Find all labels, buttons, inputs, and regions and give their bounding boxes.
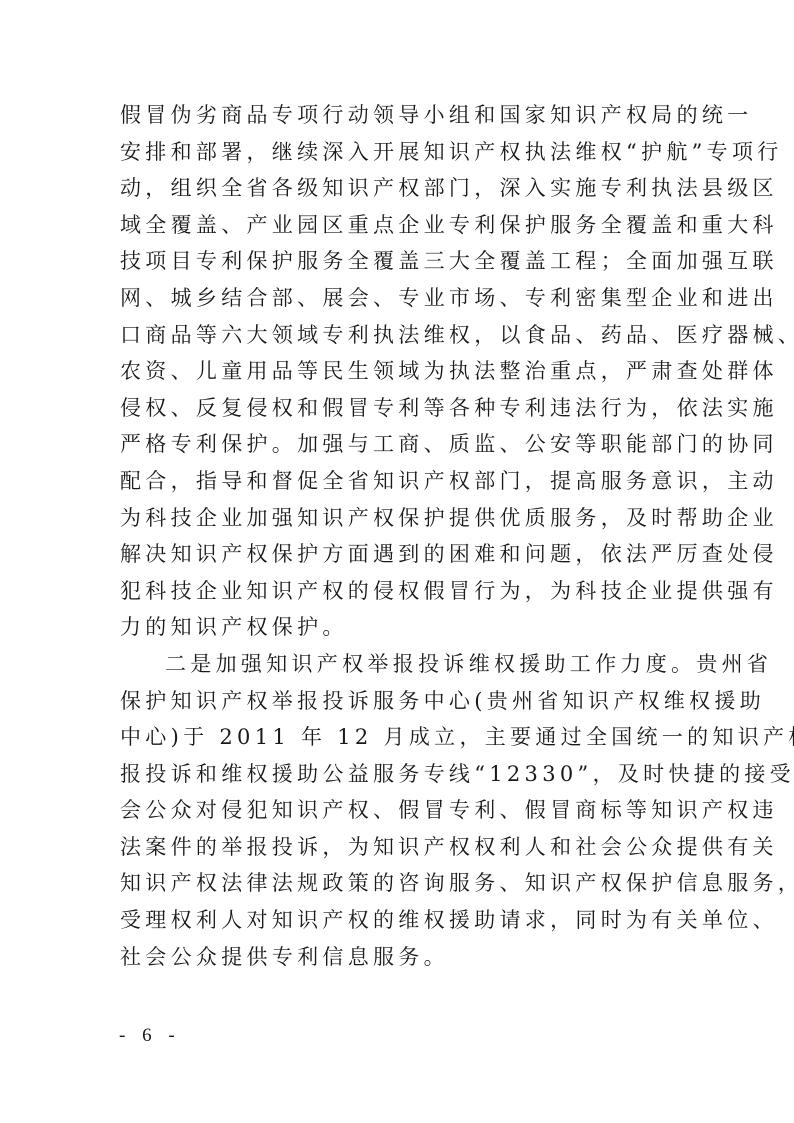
text-line: 会公众对侵犯知识产权、假冒专利、假冒商标等知识产权违 (120, 792, 682, 829)
document-page: 假冒伪劣商品专项行动领导小组和国家知识产权局的统一 安排和部署，继续深入开展知识… (0, 0, 794, 1123)
text-line: 保护知识产权举报投诉服务中心(贵州省知识产权维权援助 (120, 683, 682, 720)
paragraph-1: 假冒伪劣商品专项行动领导小组和国家知识产权局的统一 安排和部署，继续深入开展知识… (120, 97, 682, 646)
text-line: 网、城乡结合部、展会、专业市场、专利密集型企业和进出 (120, 280, 682, 317)
text-line: 知识产权法律法规政策的咨询服务、知识产权保护信息服务， (120, 865, 682, 902)
text-line: 解决知识产权保护方面遇到的困难和问题，依法严厉查处侵 (120, 536, 682, 573)
text-line: 力的知识产权保护。 (120, 609, 682, 646)
text-line: 报投诉和维权援助公益服务专线“12330”，及时快捷的接受社 (120, 756, 682, 793)
text-line: 中心)于 2011 年 12 月成立，主要通过全国统一的知识产权举 (120, 719, 682, 756)
text-line: 社会公众提供专利信息服务。 (120, 939, 682, 976)
text-line: 侵权、反复侵权和假冒专利等各种专利违法行为，依法实施 (120, 390, 682, 427)
text-line: 域全覆盖、产业园区重点企业专利保护服务全覆盖和重大科 (120, 207, 682, 244)
text-line: 动，组织全省各级知识产权部门，深入实施专利执法县级区 (120, 170, 682, 207)
text-line: 假冒伪劣商品专项行动领导小组和国家知识产权局的统一 (120, 97, 682, 134)
page-number: - 6 - (119, 1025, 181, 1047)
text-line: 口商品等六大领域专利执法维权，以食品、药品、医疗器械、 (120, 317, 682, 354)
text-line: 法案件的举报投诉，为知识产权权利人和社会公众提供有关 (120, 829, 682, 866)
text-line: 受理权利人对知识产权的维权援助请求，同时为有关单位、 (120, 902, 682, 939)
text-line: 犯科技企业知识产权的侵权假冒行为，为科技企业提供强有 (120, 573, 682, 610)
text-line: 为科技企业加强知识产权保护提供优质服务，及时帮助企业 (120, 500, 682, 537)
body-text: 假冒伪劣商品专项行动领导小组和国家知识产权局的统一 安排和部署，继续深入开展知识… (120, 97, 682, 975)
text-line: 严格专利保护。加强与工商、质监、公安等职能部门的协同 (120, 426, 682, 463)
text-line-indented: 二是加强知识产权举报投诉维权援助工作力度。贵州省 (120, 646, 682, 683)
text-line: 农资、儿童用品等民生领域为执法整治重点，严肃查处群体 (120, 353, 682, 390)
paragraph-2: 二是加强知识产权举报投诉维权援助工作力度。贵州省 保护知识产权举报投诉服务中心(… (120, 646, 682, 975)
text-line: 技项目专利保护服务全覆盖三大全覆盖工程；全面加强互联 (120, 243, 682, 280)
text-line: 配合，指导和督促全省知识产权部门，提高服务意识，主动 (120, 463, 682, 500)
text-line: 安排和部署，继续深入开展知识产权执法维权“护航”专项行 (120, 134, 682, 171)
